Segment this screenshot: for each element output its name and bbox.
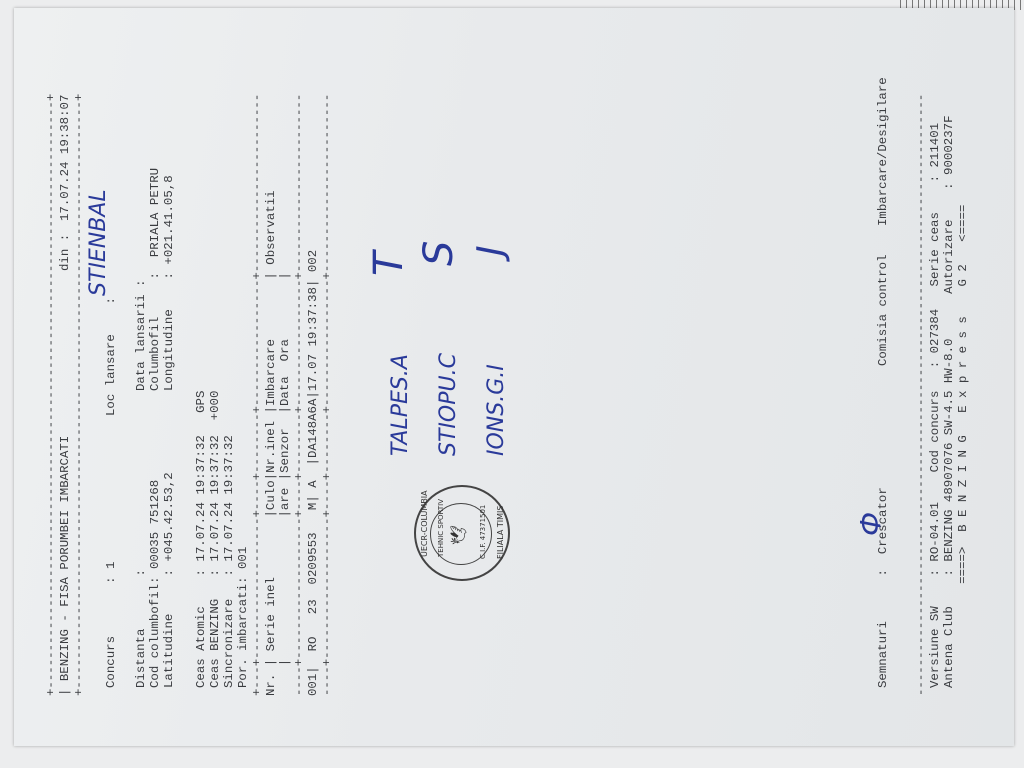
table-header-2: | |are |Senzor |Data Ora | (278, 272, 292, 696)
benzing-express-line: ====> B E N Z I N G E x p r e s s G 2 <=… (956, 205, 970, 688)
data-lansari-line: Data lansarii : (134, 279, 148, 391)
table-header-1: Nr. | Serie inel |Culo|Nr.inel |Imbarcar… (264, 190, 278, 696)
loc-lansare-handwritten: STIENBAL (92, 189, 106, 296)
footer-divider: ----------------------------------------… (914, 94, 928, 696)
stamp-inner-text: TEHNIC SPORTIV (434, 499, 448, 557)
ceas-benzing-line: Ceas BENZING : 17.07.24 19:37:32 +000 (208, 391, 222, 688)
document-page: +---------------------------------------… (14, 8, 1014, 746)
stamp-bottom-text: FILIALA TIMIS (494, 506, 508, 560)
handwritten-signature-2: S (432, 241, 446, 266)
versiune-sw-line: Versiune SW : RO-04.01 Cod concurs : 027… (928, 123, 942, 688)
columbofil-line: Columbofil : PRIALA PETRU (148, 168, 162, 391)
concurs-line: Concurs : 1 (104, 562, 118, 688)
loc-lansare-label: Loc lansare : (104, 297, 118, 416)
antena-club-line: Antena Club : BENZING 48907076 SW-4.5 HW… (942, 115, 956, 688)
crescator-signature: Ф (864, 512, 878, 536)
handwritten-name-2: STIOPU.C (442, 353, 456, 456)
ceas-atomic-line: Ceas Atomic : 17.07.24 19:37:32 GPS (194, 391, 208, 688)
din-label: din : (58, 234, 72, 271)
handwritten-name-3: IONS.G.I (490, 364, 504, 456)
cod-columbofil-line: Cod columbofil: 00035 751268 (148, 480, 162, 688)
handwritten-signature-3: J (484, 245, 498, 256)
club-stamp: UECR-COLUMBIA TEHNIC SPORTIV 🕊 C.I.F. 47… (414, 485, 510, 581)
distanta-line: Distanta : (134, 569, 148, 688)
table-border-top: +---+-------------------+----+--------+-… (250, 94, 264, 696)
document-title: | BENZING - FISA PORUMBEI IMBARCATI (58, 436, 72, 696)
stamp-outer-text: UECR-COLUMBIA (418, 490, 432, 557)
imbarcare-desigilare-label: Imbarcare/Desigilare (876, 77, 890, 226)
document-sheet: +---------------------------------------… (14, 8, 1014, 746)
dove-icon: 🕊 (452, 525, 466, 545)
table-border-mid: ----+-------------------+----+--------+-… (292, 94, 306, 696)
sincronizare-line: Sincronizare : 17.07.24 19:37:32 (222, 435, 236, 688)
stamp-cif: C.I.F. 47371501 (476, 505, 490, 559)
header-border-top: +---------------------------------------… (44, 94, 58, 696)
table-border-bottom: ----+-------------------+----+--------+-… (320, 94, 334, 696)
comisia-control-label: Comisia control (876, 254, 890, 366)
por-imbarcati-line: Por. imbarcati: 001 (236, 547, 250, 688)
header-border-bottom: +---------------------------------------… (72, 94, 86, 696)
handwritten-name-1: TALPES.A (394, 354, 408, 456)
handwritten-signature-1: T (382, 252, 396, 276)
table-row: 001| RO 23 0209553 M| A |DA148A6A|17.07 … (306, 250, 320, 696)
din-value: 17.07.24 19:38:07 (58, 95, 72, 221)
latitudine-line: Latitudine : +045.42.53,2 (162, 472, 176, 688)
longitudine-line: Longitudine : +021.41.05,8 (162, 175, 176, 391)
